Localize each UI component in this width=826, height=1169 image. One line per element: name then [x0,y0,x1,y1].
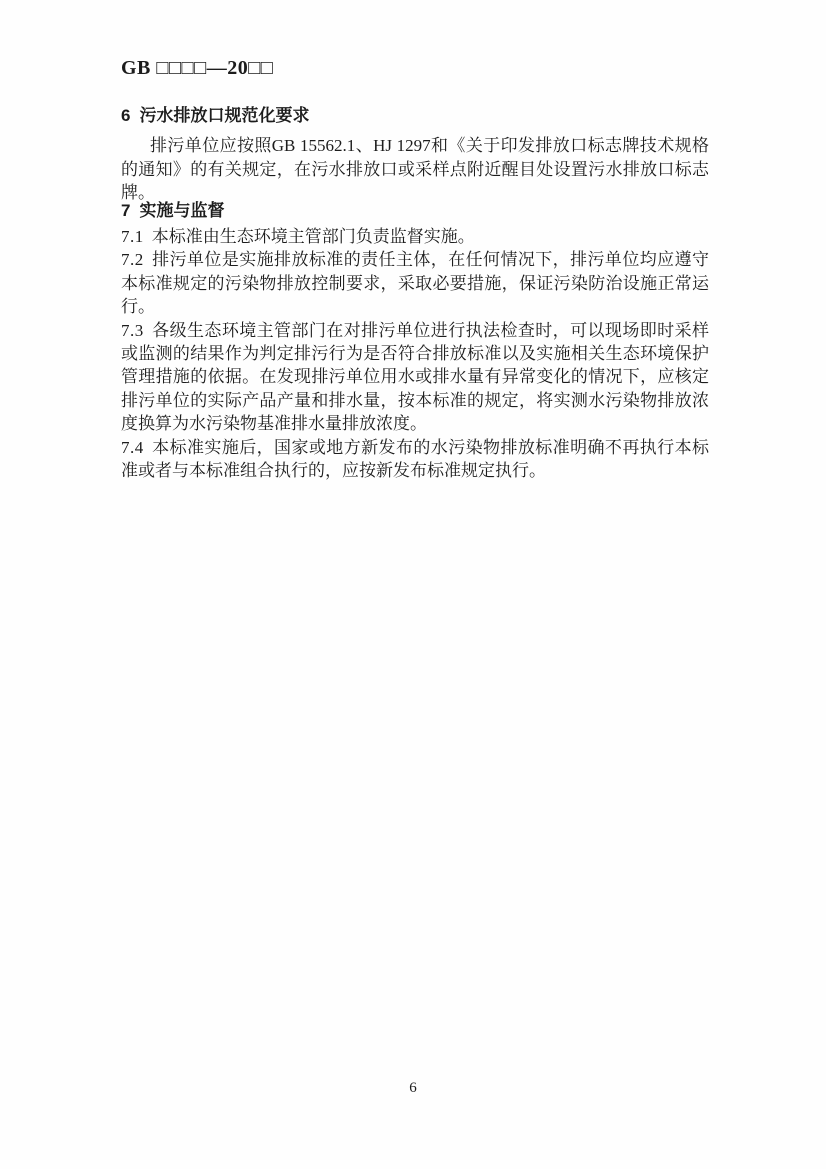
clause-7-1-text: 本标准由生态环境主管部门负责监督实施。 [152,227,475,246]
section-7-heading: 7实施与监督 [121,196,709,221]
section-7-number: 7 [121,201,130,220]
page-number: 6 [0,1080,826,1097]
clause-7-1: 7.1本标准由生态环境主管部门负责监督实施。 [121,225,709,248]
clause-7-3-text: 各级生态环境主管部门在对排污单位进行执法检查时，可以现场即时采样或监测的结果作为… [121,321,709,434]
section-7-clauses: 7.1本标准由生态环境主管部门负责监督实施。 7.2排污单位是实施排放标准的责任… [121,225,709,482]
section-7-title: 实施与监督 [139,201,224,220]
clause-7-2: 7.2排污单位是实施排放标准的责任主体，在任何情况下，排污单位均应遵守本标准规定… [121,248,709,318]
section-6-heading: 6污水排放口规范化要求 [121,101,709,126]
clause-7-1-number: 7.1 [121,227,144,246]
clause-7-3: 7.3各级生态环境主管部门在对排污单位进行执法检查时，可以现场即时采样或监测的结… [121,319,709,436]
clause-7-4-number: 7.4 [121,438,144,457]
clause-7-2-text: 排污单位是实施排放标准的责任主体，在任何情况下，排污单位均应遵守本标准规定的污染… [121,250,709,316]
section-6-paragraph: 排污单位应按照GB 15562.1、HJ 1297和《关于印发排放口标志牌技术规… [121,134,709,205]
section-6-number: 6 [121,106,130,125]
document-header: GB □□□□—20□□ [121,57,273,80]
section-6-title: 污水排放口规范化要求 [139,106,309,125]
clause-7-4: 7.4本标准实施后，国家或地方新发布的水污染物排放标准明确不再执行本标准或者与本… [121,436,709,483]
clause-7-2-number: 7.2 [121,250,144,269]
clause-7-4-text: 本标准实施后，国家或地方新发布的水污染物排放标准明确不再执行本标准或者与本标准组… [121,438,709,480]
document-page: GB □□□□—20□□ 6污水排放口规范化要求 排污单位应按照GB 15562… [0,0,826,1169]
clause-7-3-number: 7.3 [121,321,144,340]
